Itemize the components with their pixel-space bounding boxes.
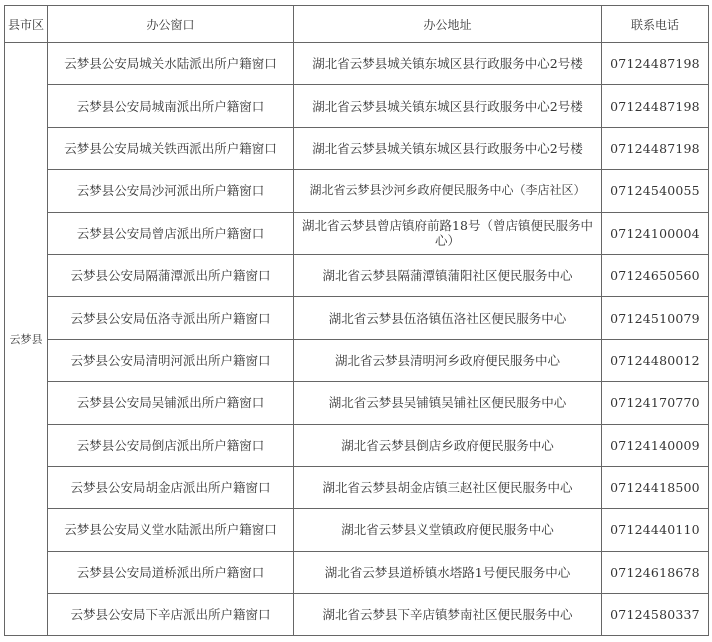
table-row: 云梦县公安局吴铺派出所户籍窗口 湖北省云梦县吴铺镇吴铺社区便民服务中心 0712… (5, 382, 709, 424)
office-window-cell: 云梦县公安局下辛店派出所户籍窗口 (48, 594, 294, 636)
office-address-cell: 湖北省云梦县城关镇东城区县行政服务中心2号楼 (294, 43, 602, 85)
phone-cell: 07124618678 (602, 551, 709, 593)
office-window-cell: 云梦县公安局城关水陆派出所户籍窗口 (48, 43, 294, 85)
table-row: 云梦县公安局城南派出所户籍窗口 湖北省云梦县城关镇东城区县行政服务中心2号楼 0… (5, 85, 709, 127)
office-address-cell: 湖北省云梦县清明河乡政府便民服务中心 (294, 339, 602, 381)
county-cell: 云梦县 (5, 43, 48, 636)
phone-cell: 07124100004 (602, 212, 709, 254)
household-registration-window-table: 县市区 办公窗口 办公地址 联系电话 云梦县 云梦县公安局城关水陆派出所户籍窗口… (4, 5, 709, 636)
phone-cell: 07124580337 (602, 594, 709, 636)
phone-cell: 07124510079 (602, 297, 709, 339)
office-address-cell: 湖北省云梦县沙河乡政府便民服务中心（李店社区） (294, 170, 602, 212)
phone-cell: 07124540055 (602, 170, 709, 212)
table-row: 云梦县公安局清明河派出所户籍窗口 湖北省云梦县清明河乡政府便民服务中心 0712… (5, 339, 709, 381)
table-row: 云梦县公安局义堂水陆派出所户籍窗口 湖北省云梦县义堂镇政府便民服务中心 0712… (5, 509, 709, 551)
office-window-cell: 云梦县公安局倒店派出所户籍窗口 (48, 424, 294, 466)
office-window-cell: 云梦县公安局曾店派出所户籍窗口 (48, 212, 294, 254)
phone-cell: 07124487198 (602, 85, 709, 127)
phone-cell: 07124440110 (602, 509, 709, 551)
office-window-cell: 云梦县公安局义堂水陆派出所户籍窗口 (48, 509, 294, 551)
table-row: 云梦县公安局沙河派出所户籍窗口 湖北省云梦县沙河乡政府便民服务中心（李店社区） … (5, 170, 709, 212)
office-address-cell: 湖北省云梦县倒店乡政府便民服务中心 (294, 424, 602, 466)
office-window-cell: 云梦县公安局城南派出所户籍窗口 (48, 85, 294, 127)
phone-cell: 07124487198 (602, 43, 709, 85)
phone-cell: 07124418500 (602, 466, 709, 508)
office-address-cell: 湖北省云梦县隔蒲潭镇蒲阳社区便民服务中心 (294, 254, 602, 296)
office-address-cell: 湖北省云梦县城关镇东城区县行政服务中心2号楼 (294, 127, 602, 169)
header-county: 县市区 (5, 6, 48, 43)
office-window-cell: 云梦县公安局隔蒲潭派出所户籍窗口 (48, 254, 294, 296)
phone-cell: 07124650560 (602, 254, 709, 296)
office-address-cell: 湖北省云梦县曾店镇府前路18号（曾店镇便民服务中心） (294, 212, 602, 254)
office-address-cell: 湖北省云梦县道桥镇水塔路1号便民服务中心 (294, 551, 602, 593)
table-row: 云梦县公安局倒店派出所户籍窗口 湖北省云梦县倒店乡政府便民服务中心 071241… (5, 424, 709, 466)
office-window-cell: 云梦县公安局胡金店派出所户籍窗口 (48, 466, 294, 508)
table-row: 云梦县公安局城关铁西派出所户籍窗口 湖北省云梦县城关镇东城区县行政服务中心2号楼… (5, 127, 709, 169)
office-address-cell: 湖北省云梦县下辛店镇梦南社区便民服务中心 (294, 594, 602, 636)
phone-cell: 07124480012 (602, 339, 709, 381)
office-window-cell: 云梦县公安局清明河派出所户籍窗口 (48, 339, 294, 381)
table-row: 云梦县公安局下辛店派出所户籍窗口 湖北省云梦县下辛店镇梦南社区便民服务中心 07… (5, 594, 709, 636)
header-office-address: 办公地址 (294, 6, 602, 43)
table-row: 云梦县公安局伍洛寺派出所户籍窗口 湖北省云梦县伍洛镇伍洛社区便民服务中心 071… (5, 297, 709, 339)
office-window-cell: 云梦县公安局城关铁西派出所户籍窗口 (48, 127, 294, 169)
office-address-cell: 湖北省云梦县义堂镇政府便民服务中心 (294, 509, 602, 551)
office-window-cell: 云梦县公安局吴铺派出所户籍窗口 (48, 382, 294, 424)
header-contact-phone: 联系电话 (602, 6, 709, 43)
office-window-cell: 云梦县公安局道桥派出所户籍窗口 (48, 551, 294, 593)
table-row: 云梦县公安局曾店派出所户籍窗口 湖北省云梦县曾店镇府前路18号（曾店镇便民服务中… (5, 212, 709, 254)
table-row: 云梦县 云梦县公安局城关水陆派出所户籍窗口 湖北省云梦县城关镇东城区县行政服务中… (5, 43, 709, 85)
header-office-window: 办公窗口 (48, 6, 294, 43)
office-address-cell: 湖北省云梦县城关镇东城区县行政服务中心2号楼 (294, 85, 602, 127)
table-header-row: 县市区 办公窗口 办公地址 联系电话 (5, 6, 709, 43)
office-window-cell: 云梦县公安局沙河派出所户籍窗口 (48, 170, 294, 212)
office-address-cell: 湖北省云梦县胡金店镇三赵社区便民服务中心 (294, 466, 602, 508)
table-row: 云梦县公安局道桥派出所户籍窗口 湖北省云梦县道桥镇水塔路1号便民服务中心 071… (5, 551, 709, 593)
table-row: 云梦县公安局胡金店派出所户籍窗口 湖北省云梦县胡金店镇三赵社区便民服务中心 07… (5, 466, 709, 508)
office-address-cell: 湖北省云梦县伍洛镇伍洛社区便民服务中心 (294, 297, 602, 339)
phone-cell: 07124140009 (602, 424, 709, 466)
table-row: 云梦县公安局隔蒲潭派出所户籍窗口 湖北省云梦县隔蒲潭镇蒲阳社区便民服务中心 07… (5, 254, 709, 296)
phone-cell: 07124170770 (602, 382, 709, 424)
phone-cell: 07124487198 (602, 127, 709, 169)
office-window-cell: 云梦县公安局伍洛寺派出所户籍窗口 (48, 297, 294, 339)
office-address-cell: 湖北省云梦县吴铺镇吴铺社区便民服务中心 (294, 382, 602, 424)
